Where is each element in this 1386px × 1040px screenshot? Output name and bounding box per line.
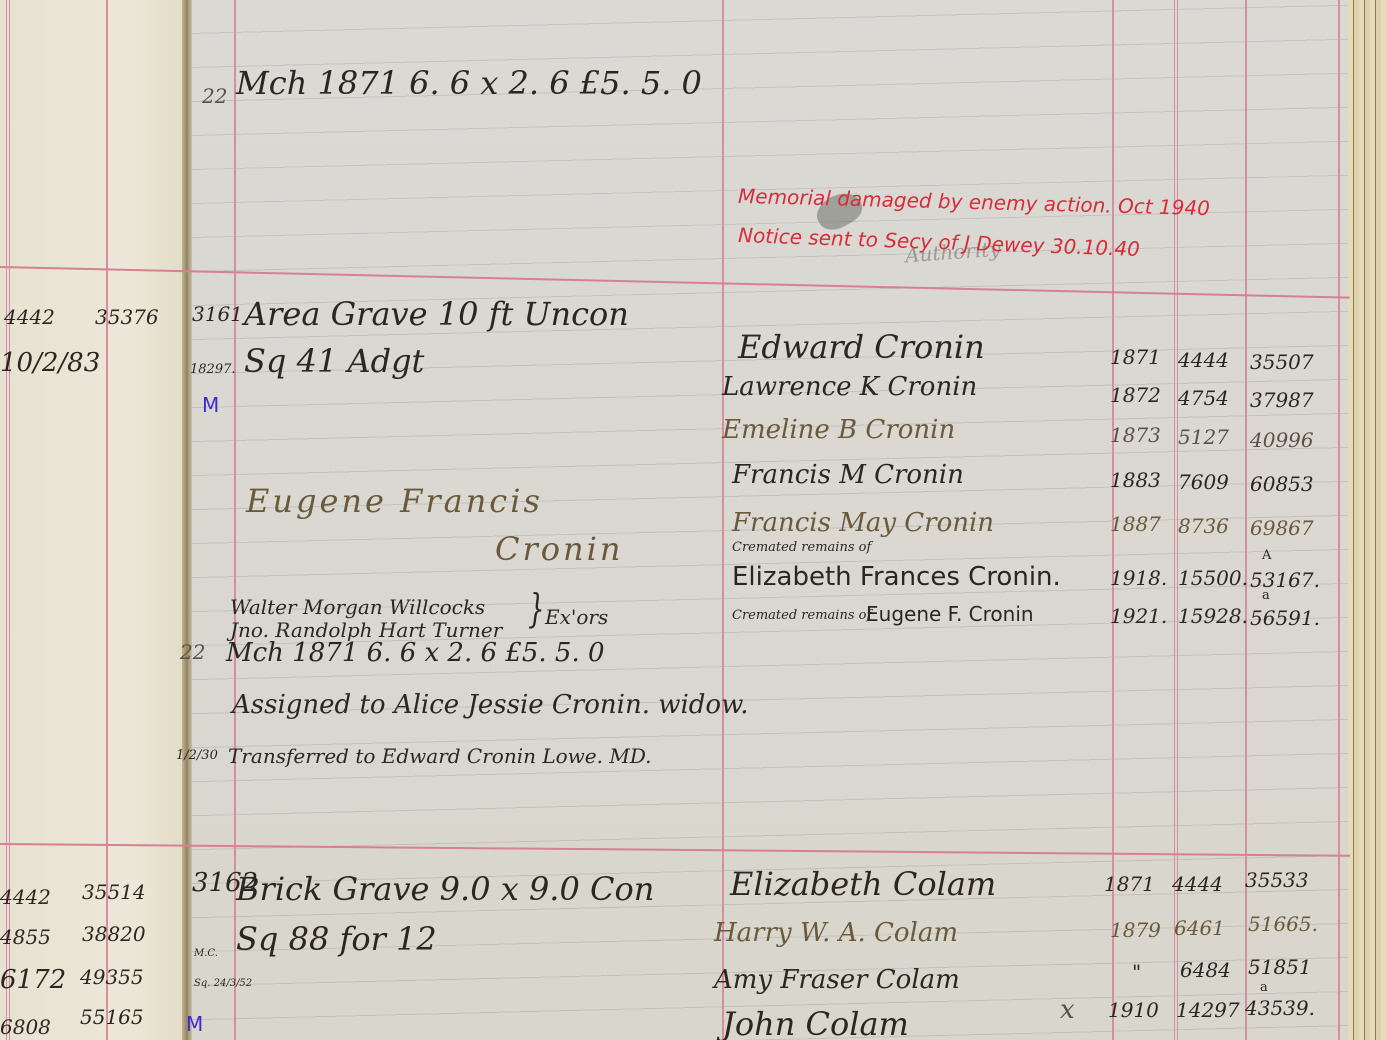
interment-year: 1872 (1110, 383, 1161, 407)
book-spine (182, 0, 192, 1040)
interment-year: 1918. (1110, 566, 1167, 590)
interment-no-mark: a (1260, 980, 1268, 995)
interment-reg: 4444 (1172, 872, 1223, 896)
reference-number: 18297. (190, 362, 236, 377)
mark-m: M (186, 1012, 203, 1036)
ruling-left-1 (6, 0, 10, 1040)
left-cell: 4855 (0, 925, 51, 949)
grave-number: 3161 (192, 302, 243, 326)
interment-no: 35507 (1250, 350, 1314, 374)
executors-label: Ex'ors (545, 605, 608, 629)
left-cell: 38820 (82, 922, 146, 946)
grave-description-1: Brick Grave 9.0 x 9.0 Con (236, 870, 654, 908)
left-cell: 35376 (95, 305, 159, 329)
transfer-date: 1/2/30 (176, 748, 218, 763)
interment-reg: 6461 (1174, 916, 1225, 940)
page-edges (1348, 0, 1386, 1040)
left-cell: 49355 (80, 965, 144, 989)
left-cell: 55165 (80, 1005, 144, 1029)
interment-reg: 7609 (1178, 470, 1229, 494)
interment-reg: 14297 (1176, 998, 1240, 1022)
executor-brace: } (528, 588, 545, 633)
interment-no: 43539. (1245, 996, 1315, 1020)
interment-year: 1883 (1110, 468, 1161, 492)
interment-no-mark: A (1262, 548, 1271, 563)
interment-name: Francis May Cronin (732, 508, 994, 538)
interment-year: " (1132, 960, 1141, 984)
top-entry-day: 22 (202, 84, 227, 108)
interment-no: 40996 (1250, 428, 1314, 452)
interment-year: 1921. (1110, 604, 1167, 628)
interment-name: Amy Fraser Colam (714, 965, 960, 995)
side-note-2: Sq. 24/3/52 (194, 978, 252, 989)
interment-no-mark: a (1262, 588, 1270, 603)
interment-year: 1873 (1110, 423, 1161, 447)
grave-description-2: Sq 41 Adgt (244, 342, 424, 380)
cross-mark: x (1060, 995, 1075, 1025)
interment-reg: 15928. (1178, 604, 1248, 628)
interment-no: 35533 (1245, 868, 1309, 892)
interment-no: 51665. (1248, 912, 1318, 936)
top-entry-purchase: Mch 1871 6. 6 x 2. 6 £5. 5. 0 (236, 64, 702, 102)
interment-prefix: Cremated remains of (732, 540, 871, 555)
interment-name: Harry W. A. Colam (714, 918, 958, 948)
interment-year: 1871 (1104, 872, 1155, 896)
interment-reg: 15500. (1178, 566, 1248, 590)
side-note-1: M.C. (194, 948, 218, 959)
interment-no: 37987 (1250, 388, 1314, 412)
interment-name: Elizabeth Colam (730, 865, 996, 903)
interment-no: 69867 (1250, 516, 1314, 540)
interment-name: Edward Cronin (738, 328, 985, 366)
grave-description-2: Sq 88 for 12 (236, 920, 437, 958)
interment-reg: 8736 (1178, 514, 1229, 538)
interment-name: Francis M Cronin (732, 460, 964, 490)
interment-reg: 5127 (1178, 425, 1229, 449)
left-cell: 35514 (82, 880, 146, 904)
interment-prefix: Cremated remains of (732, 608, 871, 623)
left-cell: 4442 (0, 885, 51, 909)
interment-name: Emeline B Cronin (722, 415, 955, 445)
interment-no: 56591. (1250, 606, 1320, 630)
interment-reg: 4754 (1178, 386, 1229, 410)
left-cell: 6172 (0, 965, 66, 995)
ruling-names (722, 0, 724, 1040)
interment-year: 1879 (1110, 918, 1161, 942)
entry-day: 22 (180, 640, 205, 664)
left-cell: 4442 (4, 305, 55, 329)
interment-year: 1887 (1110, 512, 1161, 536)
interment-no: 51851 (1248, 955, 1312, 979)
interment-no: 53167. (1250, 568, 1320, 592)
transfer-note: Transferred to Edward Cronin Lowe. MD. (228, 744, 652, 768)
interment-name: John Colam (722, 1005, 909, 1040)
ruling-right (1338, 0, 1340, 1040)
interment-name: Eugene F. Cronin (866, 602, 1034, 626)
mark-m: M (202, 393, 219, 417)
owner-name-1: Eugene Francis (246, 482, 543, 520)
executor-1: Walter Morgan Willcocks (230, 595, 485, 619)
grave-description-1: Area Grave 10 ft Uncon (244, 295, 629, 333)
interment-year: 1871 (1110, 345, 1161, 369)
interment-name: Elizabeth Frances Cronin. (732, 562, 1061, 592)
interment-no: 60853 (1250, 472, 1314, 496)
interment-year: 1910 (1108, 998, 1159, 1022)
left-cell: 6808 (0, 1015, 51, 1039)
interment-name: Lawrence K Cronin (722, 372, 977, 402)
left-cell: 10/2/83 (0, 348, 100, 378)
assigned-note: Assigned to Alice Jessie Cronin. widow. (232, 690, 749, 720)
owner-name-2: Cronin (495, 530, 624, 568)
entry-purchase: Mch 1871 6. 6 x 2. 6 £5. 5. 0 (226, 638, 605, 668)
interment-reg: 6484 (1180, 958, 1231, 982)
interment-reg: 4444 (1178, 348, 1229, 372)
